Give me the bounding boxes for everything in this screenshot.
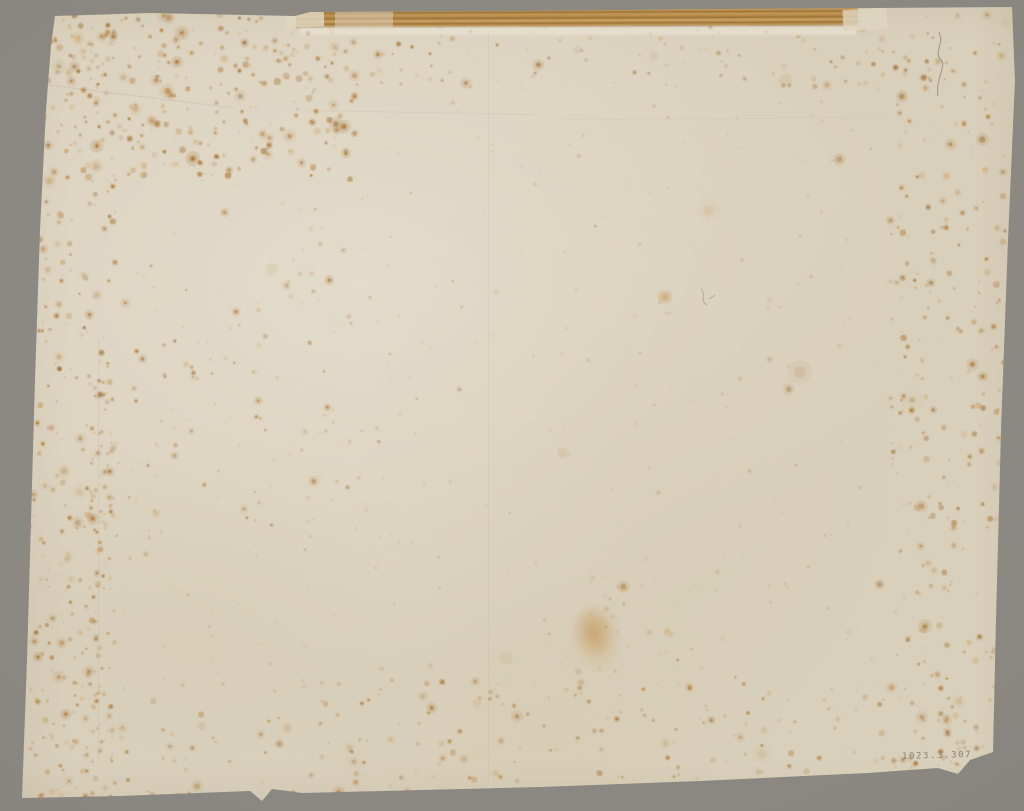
tape-remnant-right <box>842 8 887 31</box>
tape-remnant-left <box>286 7 325 27</box>
small-stain <box>654 287 676 307</box>
paper-sheet: 1023.3.307 <box>0 0 1024 811</box>
accession-number: 1023.3.307 <box>902 750 972 762</box>
foxing-speckles <box>0 0 1024 811</box>
pencil-mark-center <box>695 285 725 315</box>
pencil-mark-topright <box>925 30 965 100</box>
photo-background: 1023.3.307 <box>0 0 1024 811</box>
tape-remnant-mid <box>335 10 393 29</box>
